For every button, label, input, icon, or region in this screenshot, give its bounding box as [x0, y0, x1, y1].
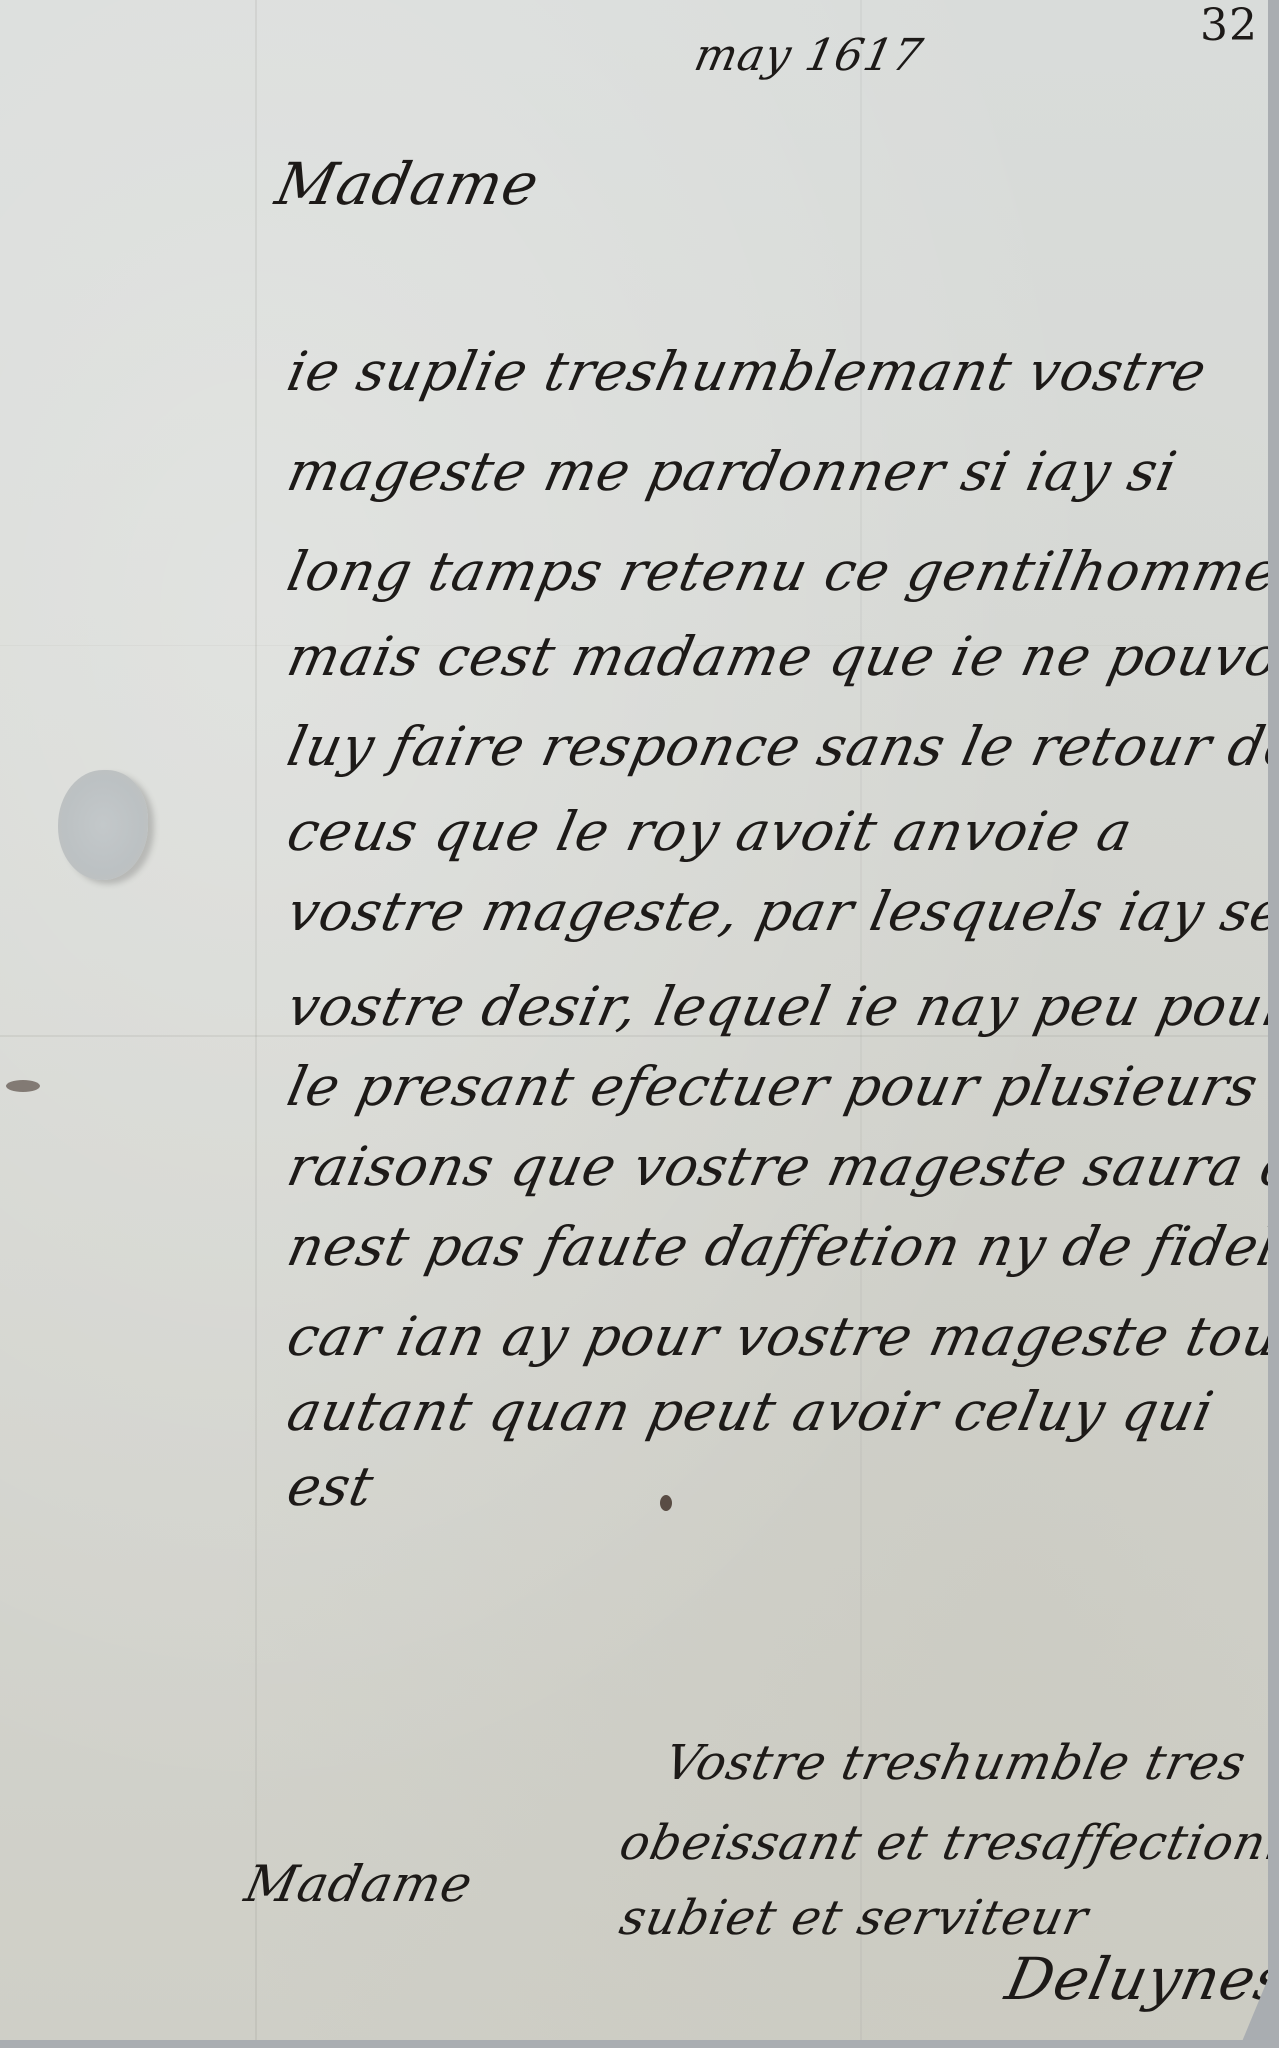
body-line: mais cest madame que ie ne pouvois: [282, 625, 1279, 688]
body-line: raisons que vostre mageste saura ce: [282, 1135, 1279, 1198]
body-line: autant quan peut avoir celuy qui: [282, 1380, 1220, 1443]
body-line: ceus que le roy avoit anvoie a: [282, 800, 1138, 863]
fold-line: [255, 0, 257, 2040]
ink-blot: [660, 1495, 672, 1511]
letter-paper: 32 may 1617 Madame ie suplie treshumblem…: [0, 0, 1268, 2040]
salutation: Madame: [270, 150, 545, 218]
body-line: est: [282, 1455, 380, 1518]
body-line: le presant efectuer pour plusieurs: [282, 1055, 1264, 1118]
closing-line: obeissant et tresaffectionne: [615, 1815, 1279, 1871]
body-line: vostre desir, lequel ie nay peu pour: [282, 975, 1279, 1038]
body-line: vostre mageste, par lesquels iay seu: [282, 880, 1279, 943]
signature: Deluynes: [1000, 1945, 1279, 2013]
closing-address: Madame: [240, 1855, 478, 1913]
body-line: nest pas faute daffetion ny de fidelite: [282, 1215, 1279, 1278]
wax-seal-remnant: [58, 770, 148, 880]
closing-line: Vostre treshumble tres: [660, 1735, 1251, 1791]
body-line: car ian ay pour vostre mageste tout: [282, 1305, 1279, 1368]
body-line: mageste me pardonner si iay si: [282, 440, 1183, 503]
folio-number: 32: [1200, 0, 1258, 51]
body-line: ie suplie treshumblemant vostre: [282, 340, 1213, 403]
body-line: luy faire responce sans le retour de: [282, 715, 1279, 778]
letter-date: may 1617: [690, 30, 928, 81]
body-line: long tamps retenu ce gentilhomme: [282, 540, 1279, 603]
ink-blot: [6, 1080, 40, 1092]
closing-line: subiet et serviteur: [615, 1890, 1093, 1946]
